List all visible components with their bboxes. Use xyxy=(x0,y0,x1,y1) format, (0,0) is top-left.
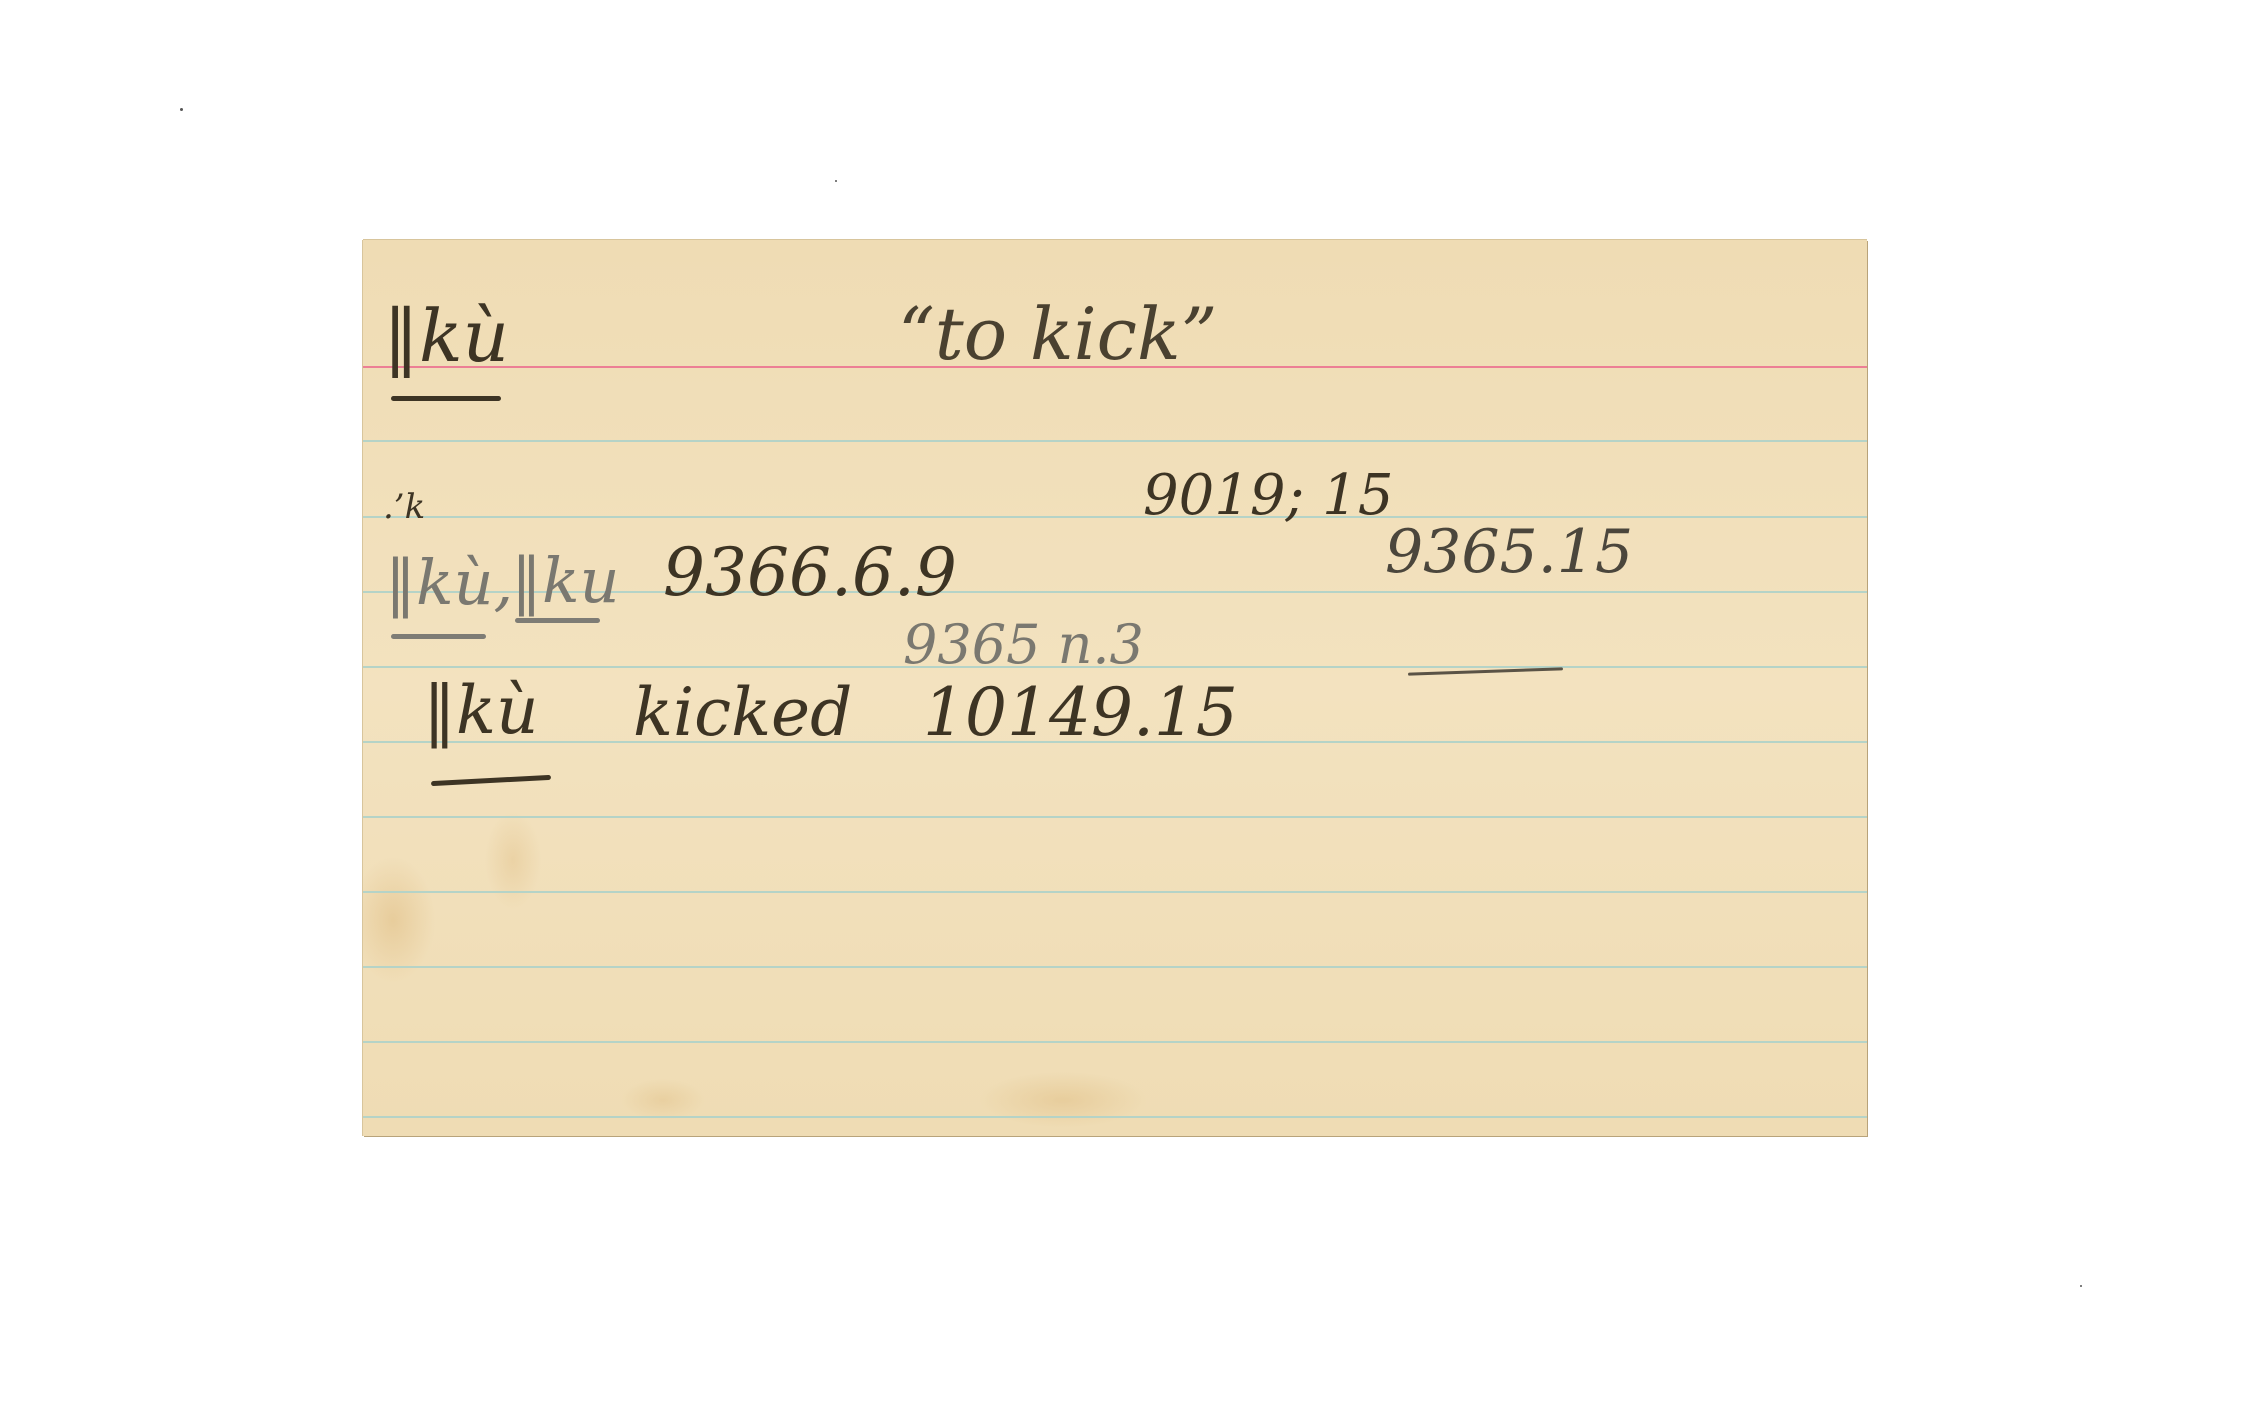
gloss: “to kick” xyxy=(898,298,1217,370)
marginal-note: .’k xyxy=(383,490,425,524)
form-1: ‖kù, xyxy=(385,552,513,614)
background-speck xyxy=(2080,1285,2082,1287)
blue-rule xyxy=(363,891,1867,893)
reference-above: 9019; 15 xyxy=(1143,468,1393,524)
form-2-underline xyxy=(515,618,600,623)
form-kicked-underline xyxy=(431,775,551,786)
background-speck xyxy=(180,108,183,111)
index-card: ‖kù “to kick” .’k 9019; 15 ‖kù, ‖ku 9366… xyxy=(363,240,1867,1136)
background-speck xyxy=(835,180,837,182)
form-2: ‖ku xyxy=(511,550,620,612)
headword: ‖kù xyxy=(383,300,509,372)
blue-rule xyxy=(363,966,1867,968)
blue-rule xyxy=(363,816,1867,818)
reference-below: 9365 n.3 xyxy=(903,618,1144,672)
blue-rule xyxy=(363,516,1867,518)
form-1-underline xyxy=(391,634,486,639)
form-kicked: ‖kù xyxy=(423,678,539,744)
blue-rule xyxy=(363,440,1867,442)
reference-1: 9366.6.9 xyxy=(663,540,957,606)
headword-underline xyxy=(391,396,501,401)
meaning-kicked: kicked xyxy=(633,680,852,746)
reference-right: 9365.15 xyxy=(1385,522,1633,582)
reference-kicked: 10149.15 xyxy=(923,680,1238,746)
blue-rule xyxy=(363,1041,1867,1043)
blue-rule xyxy=(363,1116,1867,1118)
overline-stroke xyxy=(1408,667,1563,675)
